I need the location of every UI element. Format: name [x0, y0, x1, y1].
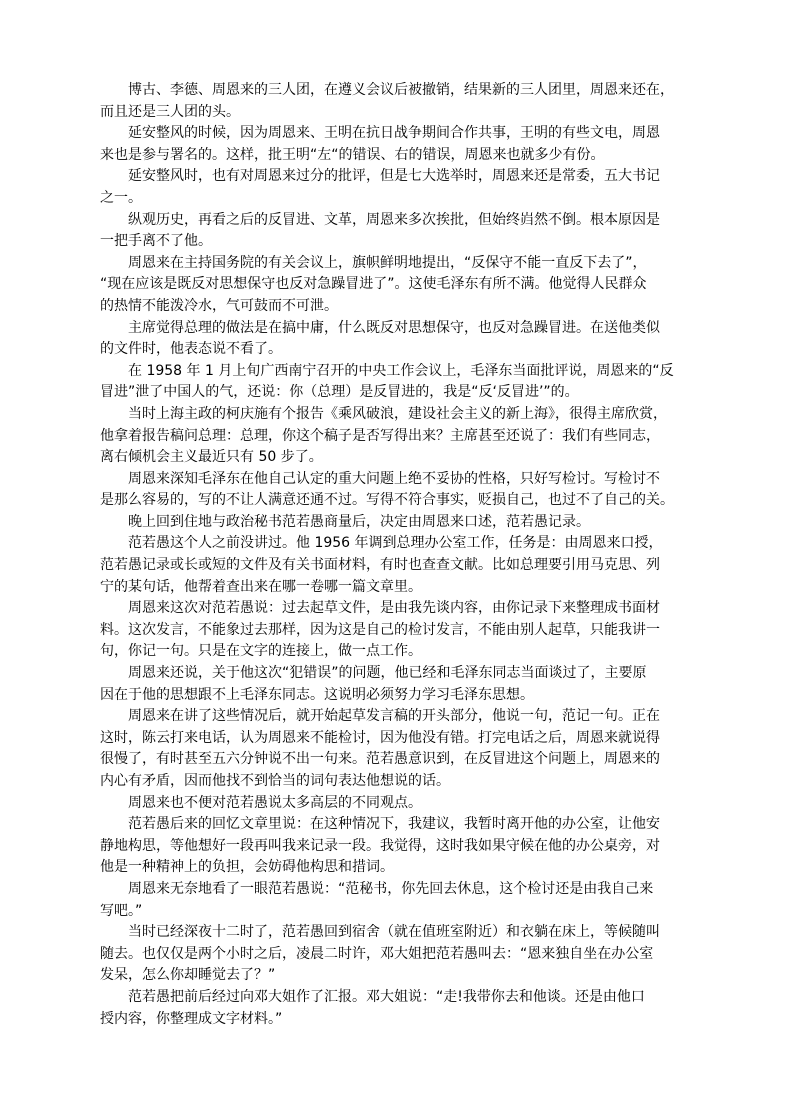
paragraph-line: 范若愚后来的回忆文章里说：在这种情况下，我建议，我暂时离开他的办公室，让他安 [100, 814, 690, 836]
paragraph: 当时上海主政的柯庆施有个报告《乘风破浪，建设社会主义的新上海》，很得主席欣赏，他… [100, 404, 690, 469]
paragraph-line: 宁的某句话，他帮着查出来在哪一卷哪一篇文章里。 [100, 577, 690, 599]
paragraph: 周恩来还说，关于他这次“犯错误”的问题，他已经和毛泽东同志当面谈过了，主要原因在… [100, 663, 690, 706]
paragraph-line: 周恩来在主持国务院的有关会议上，旗帜鲜明地提出，“反保守不能一直反下去了”， [100, 253, 690, 275]
paragraph-line: 周恩来这次对范若愚说：过去起草文件，是由我先谈内容，由你记录下来整理成书面材 [100, 598, 690, 620]
paragraph-line: 是那么容易的，写的不让人满意还通不过。写得不符合事实，贬损自己，也过不了自己的关… [100, 490, 690, 512]
paragraph-line: 的热情不能泼冷水，气可鼓而不可泄。 [100, 296, 690, 318]
paragraph-line: 而且还是三人团的头。 [100, 102, 690, 124]
paragraph: 周恩来这次对范若愚说：过去起草文件，是由我先谈内容，由你记录下来整理成书面材料。… [100, 598, 690, 663]
paragraph-line: 授内容，你整理成文字材料。” [100, 1009, 690, 1031]
paragraph-line: 范若愚这个人之前没讲过。他 1956 年调到总理办公室工作，任务是：由周恩来口授… [100, 533, 690, 555]
paragraph-line: 延安整风的时候，因为周恩来、王明在抗日战争期间合作共事，王明的有些文电，周恩 [100, 123, 690, 145]
paragraph-line: 周恩来也不便对范若愚说太多高层的不同观点。 [100, 793, 690, 815]
paragraph: 当时已经深夜十二时了，范若愚回到宿舍（就在值班室附近）和衣躺在床上，等候随叫随去… [100, 922, 690, 987]
paragraph-line: 纵观历史，再看之后的反冒进、文革，周恩来多次挨批，但始终岿然不倒。根本原因是 [100, 210, 690, 232]
paragraph-line: 发呆，怎么你却睡觉去了？” [100, 965, 690, 987]
paragraph: 博古、李德、周恩来的三人团，在遵义会议后被撤销，结果新的三人团里，周恩来还在，而… [100, 80, 690, 123]
paragraph-line: 因在于他的思想跟不上毛泽东同志。这说明必须努力学习毛泽东思想。 [100, 685, 690, 707]
paragraph: 晚上回到住地与政治秘书范若愚商量后，决定由周恩来口述，范若愚记录。 [100, 512, 690, 534]
paragraph-line: 晚上回到住地与政治秘书范若愚商量后，决定由周恩来口述，范若愚记录。 [100, 512, 690, 534]
paragraph-line: 一把手离不了他。 [100, 231, 690, 253]
paragraph: 在 1958 年 1 月上旬广西南宁召开的中央工作会议上，毛泽东当面批评说，周恩… [100, 361, 690, 404]
paragraph-line: 料。这次发言，不能象过去那样，因为这是自己的检讨发言，不能由别人起草，只能我讲一 [100, 620, 690, 642]
document-page: 博古、李德、周恩来的三人团，在遵义会议后被撤销，结果新的三人团里，周恩来还在，而… [100, 80, 690, 1030]
paragraph-line: 周恩来深知毛泽东在他自己认定的重大问题上绝不妥协的性格，只好写检讨。写检讨不 [100, 469, 690, 491]
paragraph-line: 范若愚把前后经过向邓大姐作了汇报。邓大姐说：“走!我带你去和他谈。还是由他口 [100, 987, 690, 1009]
paragraph-line: 延安整风时，也有对周恩来过分的批评，但是七大选举时，周恩来还是常委，五大书记 [100, 166, 690, 188]
paragraph-line: 当时上海主政的柯庆施有个报告《乘风破浪，建设社会主义的新上海》，很得主席欣赏， [100, 404, 690, 426]
paragraph-line: 离右倾机会主义最近只有 50 步了。 [100, 447, 690, 469]
paragraph: 周恩来在讲了这些情况后，就开始起草发言稿的开头部分，他说一句，范记一句。正在这时… [100, 706, 690, 792]
paragraph-line: 当时已经深夜十二时了，范若愚回到宿舍（就在值班室附近）和衣躺在床上，等候随叫 [100, 922, 690, 944]
paragraph-line: 随去。也仅仅是两个小时之后，凌晨二时许，邓大姐把范若愚叫去：“恩来独自坐在办公室 [100, 944, 690, 966]
paragraph-line: 写吧。” [100, 901, 690, 923]
paragraph-line: 博古、李德、周恩来的三人团，在遵义会议后被撤销，结果新的三人团里，周恩来还在， [100, 80, 690, 102]
paragraph-line: 内心有矛盾，因而他找不到恰当的词句表达他想说的话。 [100, 771, 690, 793]
paragraph: 周恩来无奈地看了一眼范若愚说：“范秘书，你先回去休息，这个检讨还是由我自己来写吧… [100, 879, 690, 922]
paragraph: 周恩来在主持国务院的有关会议上，旗帜鲜明地提出，“反保守不能一直反下去了”，“现… [100, 253, 690, 318]
paragraph: 周恩来深知毛泽东在他自己认定的重大问题上绝不妥协的性格，只好写检讨。写检讨不是那… [100, 469, 690, 512]
paragraph-line: 他拿着报告稿问总理：总理，你这个稿子是否写得出来？主席甚至还说了：我们有些同志， [100, 426, 690, 448]
paragraph-line: 来也是参与署名的。这样，批王明“左“的错误、右的错误，周恩来也就多少有份。 [100, 145, 690, 167]
paragraph-line: 周恩来还说，关于他这次“犯错误”的问题，他已经和毛泽东同志当面谈过了，主要原 [100, 663, 690, 685]
paragraph-line: 的文件时，他表态说不看了。 [100, 339, 690, 361]
paragraph-line: 句，你记一句。只是在文字的连接上，做一点工作。 [100, 641, 690, 663]
paragraph-line: 周恩来在讲了这些情况后，就开始起草发言稿的开头部分，他说一句，范记一句。正在 [100, 706, 690, 728]
paragraph-line: 他是一种精神上的负担，会妨碍他构思和措词。 [100, 857, 690, 879]
paragraph-line: 很慢了，有时甚至五六分钟说不出一句来。范若愚意识到，在反冒进这个问题上，周恩来的 [100, 749, 690, 771]
paragraph-line: 这时，陈云打来电话，认为周恩来不能检讨，因为他没有错。打完电话之后，周恩来就说得 [100, 728, 690, 750]
paragraph: 范若愚后来的回忆文章里说：在这种情况下，我建议，我暂时离开他的办公室，让他安静地… [100, 814, 690, 879]
paragraph-line: 范若愚记录或长或短的文件及有关书面材料，有时也查查文献。比如总理要引用马克思、列 [100, 555, 690, 577]
paragraph-line: “现在应该是既反对思想保守也反对急躁冒进了”。这使毛泽东有所不满。他觉得人民群众 [100, 274, 690, 296]
paragraph-line: 在 1958 年 1 月上旬广西南宁召开的中央工作会议上，毛泽东当面批评说，周恩… [100, 361, 690, 383]
paragraph-line: 静地构思，等他想好一段再叫我来记录一段。我觉得，这时我如果守候在他的办公桌旁，对 [100, 836, 690, 858]
paragraph: 延安整风时，也有对周恩来过分的批评，但是七大选举时，周恩来还是常委，五大书记之一… [100, 166, 690, 209]
paragraph-line: 之一。 [100, 188, 690, 210]
paragraph: 范若愚把前后经过向邓大姐作了汇报。邓大姐说：“走!我带你去和他谈。还是由他口授内… [100, 987, 690, 1030]
paragraph-line: 主席觉得总理的做法是在搞中庸，什么既反对思想保守，也反对急躁冒进。在送他类似 [100, 318, 690, 340]
paragraph-line: 冒进”泄了中国人的气，还说：你（总理）是反冒进的，我是“反‘反冒进’”的。 [100, 382, 690, 404]
paragraph-line: 周恩来无奈地看了一眼范若愚说：“范秘书，你先回去休息，这个检讨还是由我自己来 [100, 879, 690, 901]
paragraph: 纵观历史，再看之后的反冒进、文革，周恩来多次挨批，但始终岿然不倒。根本原因是一把… [100, 210, 690, 253]
paragraph: 主席觉得总理的做法是在搞中庸，什么既反对思想保守，也反对急躁冒进。在送他类似的文… [100, 318, 690, 361]
paragraph: 延安整风的时候，因为周恩来、王明在抗日战争期间合作共事，王明的有些文电，周恩来也… [100, 123, 690, 166]
paragraph: 范若愚这个人之前没讲过。他 1956 年调到总理办公室工作，任务是：由周恩来口授… [100, 533, 690, 598]
paragraph: 周恩来也不便对范若愚说太多高层的不同观点。 [100, 793, 690, 815]
